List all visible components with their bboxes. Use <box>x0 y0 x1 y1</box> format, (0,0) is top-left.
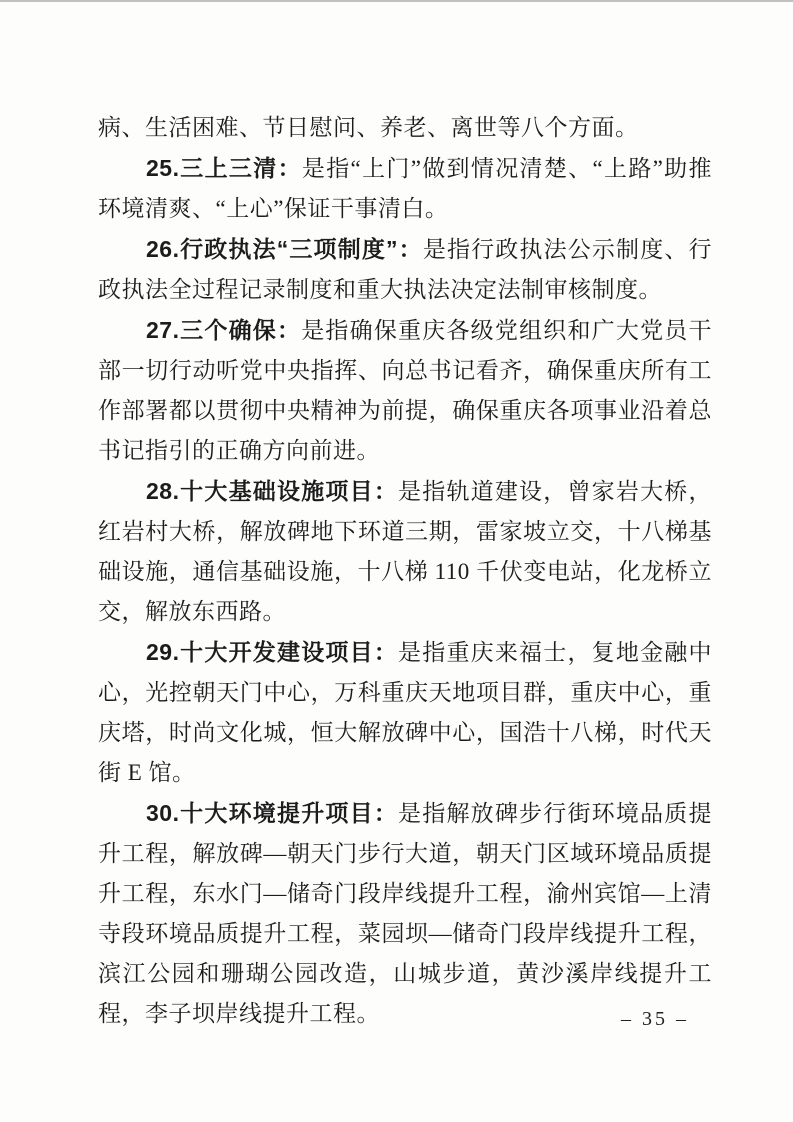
term-label-28: 28.十大基础设施项目： <box>146 478 398 504</box>
term-label-26: 26.行政执法“三项制度”： <box>146 236 423 262</box>
glossary-item-25: 25.三上三清：是指“上门”做到情况清楚、“上路”助推环境清爽、“上心”保证干事… <box>98 148 712 229</box>
document-body: 病、生活困难、节日慰问、养老、离世等八个方面。 25.三上三清：是指“上门”做到… <box>98 108 712 1034</box>
glossary-item-28: 28.十大基础设施项目：是指轨道建设，曾家岩大桥，红岩村大桥，解放碑地下环道三期… <box>98 471 712 632</box>
scan-edge-artifact <box>0 0 793 2</box>
glossary-item-30: 30.十大环境提升项目：是指解放碑步行街环境品质提升工程，解放碑—朝天门步行大道… <box>98 793 712 1034</box>
paragraph-continuation: 病、生活困难、节日慰问、养老、离世等八个方面。 <box>98 108 712 148</box>
glossary-item-29: 29.十大开发建设项目：是指重庆来福士，复地金融中心，光控朝天门中心，万科重庆天… <box>98 632 712 793</box>
document-page: 病、生活困难、节日慰问、养老、离世等八个方面。 25.三上三清：是指“上门”做到… <box>0 0 793 1122</box>
term-label-27: 27.三个确保： <box>146 317 301 343</box>
term-label-30: 30.十大环境提升项目： <box>146 800 398 826</box>
term-definition-30: 是指解放碑步行街环境品质提升工程，解放碑—朝天门步行大道，朝天门区域环境品质提升… <box>98 801 712 1026</box>
term-label-25: 25.三上三清： <box>146 155 302 181</box>
glossary-item-27: 27.三个确保：是指确保重庆各级党组织和广大党员干部一切行动听党中央指挥、向总书… <box>98 310 712 471</box>
paragraph-text: 病、生活困难、节日慰问、养老、离世等八个方面。 <box>98 115 639 140</box>
page-number: – 35 – <box>621 1008 689 1031</box>
term-label-29: 29.十大开发建设项目： <box>146 639 398 665</box>
glossary-item-26: 26.行政执法“三项制度”：是指行政执法公示制度、行政执法全过程记录制度和重大执… <box>98 229 712 310</box>
